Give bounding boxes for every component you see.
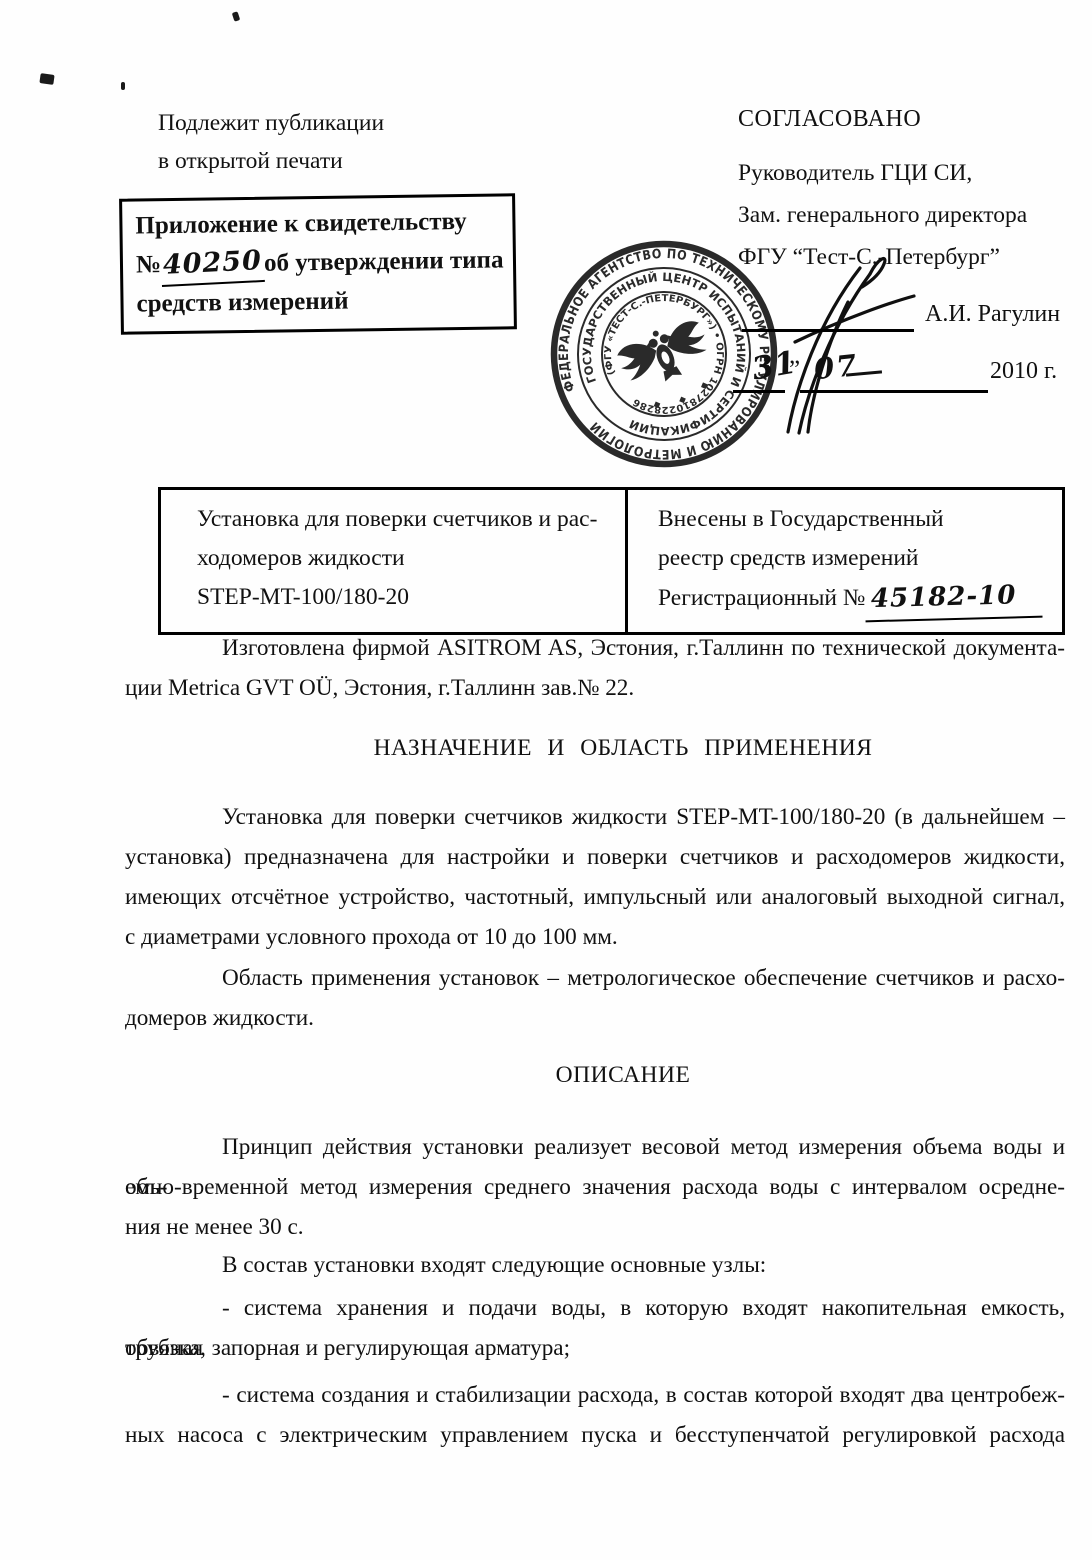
text-line: Установка для поверки счетчиков жидкости… <box>125 797 1065 837</box>
text-line: Изготовлена фирмой ASITROM AS, Эстония, … <box>125 628 1065 668</box>
text-line: ции Metrica GVT OÜ, Эстония, г.Таллинн з… <box>125 668 1065 708</box>
text-line: ния не менее 30 с. <box>125 1207 1065 1247</box>
text-line: имеющих отсчётное устройство, частотный,… <box>125 877 1065 917</box>
scope-paragraph: Область применения установок – метрологи… <box>125 958 1065 1038</box>
date-quote: ” <box>789 356 800 384</box>
number-sign: № <box>136 251 161 278</box>
approver-role: Руководитель ГЦИ СИ, <box>738 152 1027 194</box>
date-day-line <box>733 390 785 393</box>
text-line: - система хранения и подачи воды, в кото… <box>125 1288 1065 1328</box>
text-line: - система создания и стабилизации расход… <box>125 1375 1065 1415</box>
date-month-line <box>800 390 988 393</box>
component-item-2: - система создания и стабилизации расход… <box>125 1375 1065 1455</box>
text-line: ходомеров жидкости <box>197 539 617 578</box>
heading-purpose: НАЗНАЧЕНИЕ И ОБЛАСТЬ ПРИМЕНЕНИЯ <box>125 735 1092 762</box>
document-page: Подлежит публикации в открытой печати Пр… <box>0 0 1092 1560</box>
text-line: Внесены в Государственный <box>658 500 1054 539</box>
text-line: Принцип действия установки реализует вес… <box>125 1127 1065 1167</box>
composition-intro: В состав установки входят следующие осно… <box>125 1245 1065 1285</box>
certificate-number: 40250 <box>160 242 265 287</box>
registration-table: Установка для поверки счетчиков и рас-хо… <box>158 487 1065 635</box>
text-line: Установка для поверки счетчиков и рас- <box>197 500 617 539</box>
text-line: ных насоса с электрическим управлением п… <box>125 1415 1065 1455</box>
approved-title: СОГЛАСОВАНО <box>738 106 921 133</box>
principle-paragraph: Принцип действия установки реализует вес… <box>125 1127 1065 1247</box>
text-line: В состав установки входят следующие осно… <box>125 1245 1065 1285</box>
annex-box: Приложение к свидетельству №40250об утве… <box>119 193 517 335</box>
manufacturer-paragraph: Изготовлена фирмой ASITROM AS, Эстония, … <box>125 628 1065 708</box>
component-item-1: - система хранения и подачи воды, в кото… <box>125 1288 1065 1368</box>
official-round-stamp: ФЕДЕРАЛЬНОЕ АГЕНТСТВО ПО ТЕХНИЧЕСКОМУ РЕ… <box>546 236 782 472</box>
double-headed-eagle-icon <box>613 314 716 395</box>
publish-note-line1: Подлежит публикации <box>158 104 384 142</box>
annex-line2: №40250об утверждении типа <box>136 240 504 285</box>
scan-speck <box>121 82 125 90</box>
date-month-handwritten: 07 <box>812 348 860 386</box>
text-line: обвязка, запорная и регулирующая арматур… <box>125 1328 1065 1368</box>
text-line: Область применения установок – метрологи… <box>125 958 1065 998</box>
text-line: STEP-MT-100/180-20 <box>197 578 617 617</box>
registration-number: 45182-10 <box>865 576 1043 623</box>
purpose-paragraph: Установка для поверки счетчиков жидкости… <box>125 797 1065 957</box>
text-line: реестр средств измерений <box>658 539 1054 578</box>
text-line: с диаметрами условного прохода от 10 до … <box>125 917 1065 957</box>
signature-line <box>742 329 914 332</box>
registry-cell: Внесены в Государственныйреестр средств … <box>628 490 1062 632</box>
registration-label: Регистрационный № <box>658 585 865 611</box>
scan-speck <box>232 11 240 21</box>
publish-note: Подлежит публикации в открытой печати <box>158 104 384 180</box>
publish-note-line2: в открытой печати <box>158 142 384 180</box>
annex-line2-rest: об утверждении типа <box>264 246 504 276</box>
text-line: емно-временной метод измерения среднего … <box>125 1167 1065 1207</box>
type-name-cell: Установка для поверки счетчиков и рас-хо… <box>161 490 628 632</box>
date-year: 2010 г. <box>990 358 1057 385</box>
approver-role2: Зам. генерального директора <box>738 194 1027 236</box>
scan-speck <box>39 73 54 85</box>
registration-line: Регистрационный №45182-10 <box>658 578 1054 620</box>
signer-name: А.И. Рагулин <box>925 301 1060 328</box>
text-line: домеров жидкости. <box>125 998 1065 1038</box>
text-line: установка) предназначена для настройки и… <box>125 837 1065 877</box>
heading-description: ОПИСАНИЕ <box>125 1062 1092 1089</box>
annex-line3: средств измерений <box>136 280 503 323</box>
registry-cell-lines: Внесены в Государственныйреестр средств … <box>658 500 1054 578</box>
annex-line1: Приложение к свидетельству <box>135 202 502 245</box>
